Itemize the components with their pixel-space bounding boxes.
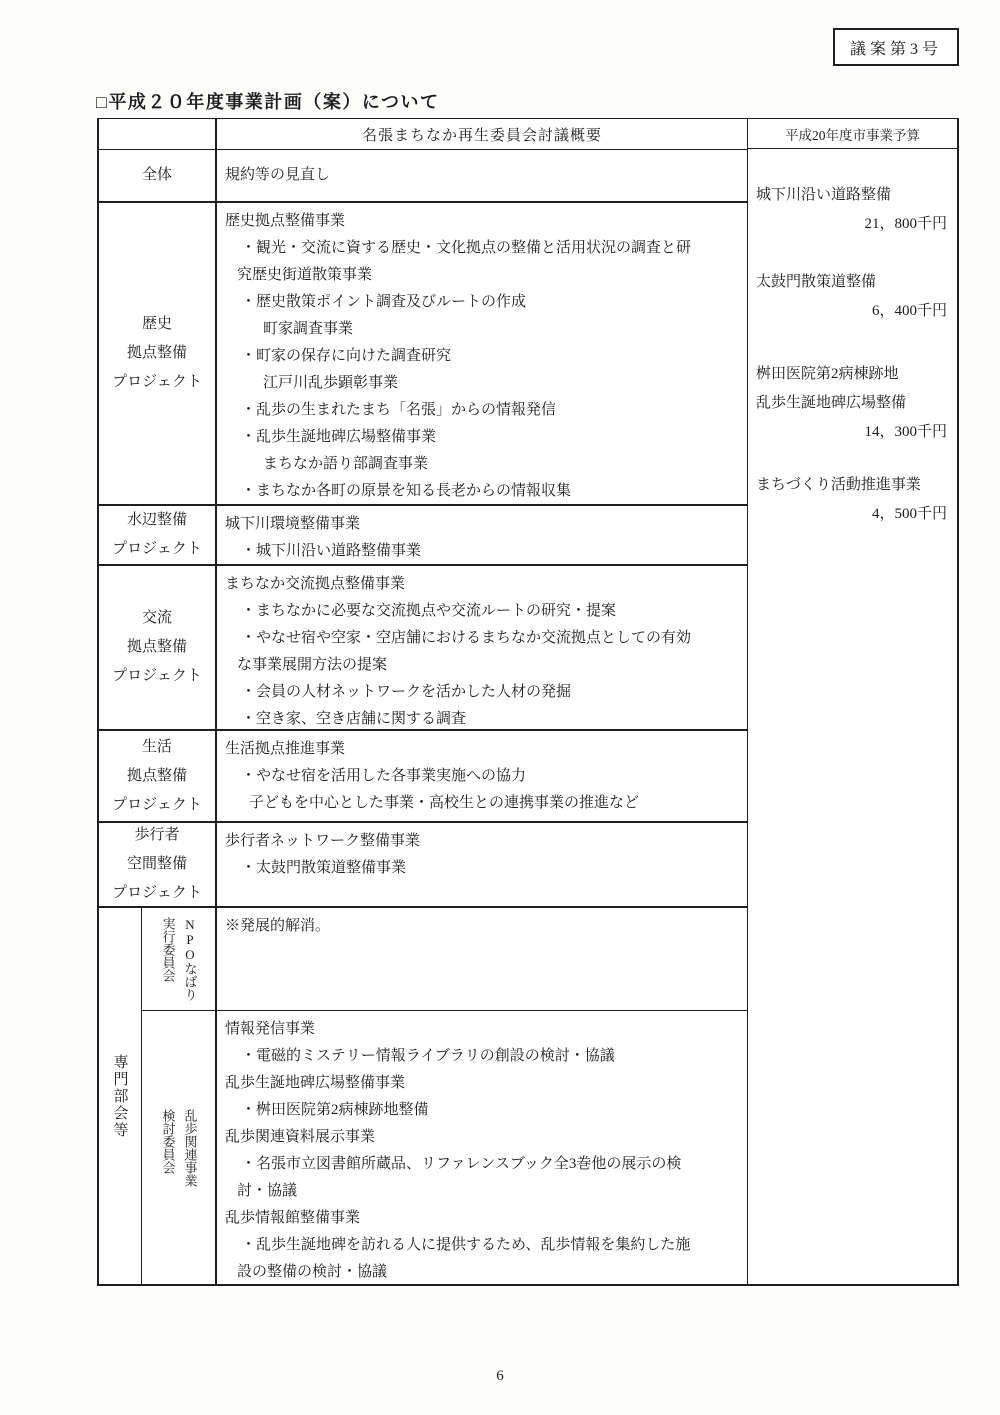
row-label-text: 歴史 [142,310,172,339]
kento-label-line: 乱歩関連事業 [179,1109,201,1187]
budget-item-label: 太鼓門散策道整備 [748,268,957,297]
content-line: ・名張市立図書館所蔵品、リファレンスブック全3巻他の展示の検 [217,1151,745,1178]
content-line: 規約等の見直し [217,162,747,189]
content-line: ※発展的解消。 [217,913,745,940]
content-line: ・乱歩生誕地碑広場整備事業 [217,424,747,451]
row-label-text: プロジェクト [112,535,202,564]
content-line: ・やなせ宿や空家・空店舗におけるまちなか交流拠点としての有効 [217,625,747,652]
row-label-rekishi: 歴史 拠点整備 プロジェクト [99,203,217,504]
budget-spacer [748,326,957,360]
page-number: 6 [0,1368,1000,1385]
row-label-text: プロジェクト [112,791,202,820]
content-line: 究歴史街道散策事業 [217,262,747,289]
content-line: ・空き家、空き店舗に関する調査 [217,706,747,729]
content-line: 生活拠点推進事業 [217,736,747,763]
npo-label-line: 実行委員会 [157,917,179,1001]
scanned-document-page: { "stamp": { "label": "議案第3号" }, "title"… [0,0,1000,1415]
npo-label-cell: NPOなばり 実行委員会 [142,908,217,1010]
content-line: ・町家の保存に向けた調査研究 [217,343,747,370]
bill-number-label: 議案第3号 [850,36,942,59]
row-rekishi: 歴史 拠点整備 プロジェクト 歴史拠点整備事業 ・観光・交流に資する歴史・文化拠… [99,201,747,504]
content-line: 子どもを中心とした事業・高校生との連携事業の推進など [217,790,747,817]
content-line: 乱歩情報館整備事業 [217,1205,745,1232]
budget-item-label: 乱歩生誕地碑広場整備 [748,389,957,418]
row-label-text: プロジェクト [112,368,202,397]
row-senmon-section: 専門部会等 NPOなばり 実行委員会 ※発展的解消。 [99,906,747,1284]
row-label-text: 生活 [142,733,172,762]
row-content-koryu: まちなか交流拠点整備事業 ・まちなかに必要な交流拠点や交流ルートの研究・提案 ・… [217,566,747,729]
content-line: ・まちなかに必要な交流拠点や交流ルートの研究・提案 [217,598,747,625]
row-content-mizube: 城下川環境整備事業 ・城下川沿い道路整備事業 [217,506,747,564]
npo-content: ※発展的解消。 [217,908,745,1010]
bill-number-stamp: 議案第3号 [833,28,959,66]
content-line: まちなか語り部調査事業 [217,451,747,478]
budget-item-label: まちづくり活動推進事業 [748,471,957,500]
row-label-text: 拠点整備 [127,339,187,368]
subrow-npo: NPOなばり 実行委員会 ※発展的解消。 [142,908,747,1010]
budget-item-amount: 4，500千円 [748,500,957,529]
content-line: ・乱歩の生まれたまち「名張」からの情報発信 [217,397,747,424]
content-line: 町家調査事業 [217,316,747,343]
row-content-hokosha: 歩行者ネットワーク整備事業 ・太鼓門散策道整備事業 [217,823,747,906]
npo-label-line: NPOなばり [179,917,201,1001]
row-label-text: 全体 [142,161,172,190]
content-line: ・やなせ宿を活用した各事業実施への協力 [217,763,747,790]
row-label-text: 歩行者 [134,821,179,850]
content-line: な事業展開方法の提案 [217,652,747,679]
row-label-seikatsu: 生活 拠点整備 プロジェクト [99,731,217,821]
budget-item-label: 桝田医院第2病棟跡地 [748,360,957,389]
content-line: 江戸川乱歩顕彰事業 [217,370,747,397]
content-line: ・まちなか各町の原景を知る長老からの情報収集 [217,478,747,504]
row-label-text: プロジェクト [112,662,202,691]
row-koryu: 交流 拠点整備 プロジェクト まちなか交流拠点整備事業 ・まちなかに必要な交流拠… [99,564,747,729]
content-line: 設の整備の検討・協議 [217,1259,745,1284]
content-line: ・城下川沿い道路整備事業 [217,538,747,564]
content-line: ・電磁的ミステリー情報ライブラリの創設の検討・協議 [217,1043,745,1070]
header-summary-cell: 名張まちなか再生委員会討議概要 [217,119,747,149]
kento-label-cell: 乱歩関連事業 検討委員会 [142,1011,217,1284]
page-title: □平成２０年度事業計画（案）について [96,88,440,114]
senmon-subrows: NPOなばり 実行委員会 ※発展的解消。 乱歩関連事業 検討委員会 [142,908,747,1284]
row-label-text: 拠点整備 [127,633,187,662]
content-line: ・歴史散策ポイント調査及びルートの作成 [217,289,747,316]
row-hokosha: 歩行者 空間整備 プロジェクト 歩行者ネットワーク整備事業 ・太鼓門散策道整備事… [99,821,747,906]
row-label-text: プロジェクト [112,879,202,906]
content-line: 情報発信事業 [217,1016,745,1043]
row-label-mizube: 水辺整備 プロジェクト [99,506,217,564]
content-line: 討・協議 [217,1178,745,1205]
kento-label-line: 検討委員会 [157,1109,179,1187]
content-line: 歩行者ネットワーク整備事業 [217,828,747,855]
row-seikatsu: 生活 拠点整備 プロジェクト 生活拠点推進事業 ・やなせ宿を活用した各事業実施へ… [99,729,747,821]
header-spacer-cell [99,119,217,149]
row-label-text: 水辺整備 [127,506,187,535]
row-label-text: 拠点整備 [127,762,187,791]
business-plan-table: 名張まちなか再生委員会討議概要 全体 規約等の見直し 歴史 拠点整備 プロジェク… [97,118,959,1286]
content-line: ・乱歩生誕地碑を訪れる人に提供するため、乱歩情報を集約した施 [217,1232,745,1259]
row-label-text: 空間整備 [127,850,187,879]
row-label-hokosha: 歩行者 空間整備 プロジェクト [99,823,217,906]
content-line: ・桝田医院第2病棟跡地整備 [217,1097,745,1124]
row-content-zentai: 規約等の見直し [217,150,747,201]
budget-item-label: 城下川沿い道路整備 [748,181,957,210]
row-mizube: 水辺整備 プロジェクト 城下川環境整備事業 ・城下川沿い道路整備事業 [99,504,747,564]
row-label-koryu: 交流 拠点整備 プロジェクト [99,566,217,729]
table-left-columns: 名張まちなか再生委員会討議概要 全体 規約等の見直し 歴史 拠点整備 プロジェク… [99,119,747,1284]
content-line: 歴史拠点整備事業 [217,208,747,235]
budget-spacer [748,447,957,471]
content-line: まちなか交流拠点整備事業 [217,571,747,598]
row-content-seikatsu: 生活拠点推進事業 ・やなせ宿を活用した各事業実施への協力 子どもを中心とした事業… [217,731,747,821]
budget-cell: 城下川沿い道路整備 21，800千円 太鼓門散策道整備 6，400千円 桝田医院… [748,149,957,1284]
budget-column: 平成20年度市事業予算 城下川沿い道路整備 21，800千円 太鼓門散策道整備 … [747,119,957,1284]
row-zentai: 全体 規約等の見直し [99,149,747,201]
content-line: ・太鼓門散策道整備事業 [217,855,747,882]
row-label-zentai: 全体 [99,150,217,201]
budget-item-amount: 6，400千円 [748,297,957,326]
content-line: 乱歩関連資料展示事業 [217,1124,745,1151]
budget-item-amount: 14，300千円 [748,418,957,447]
kento-content: 情報発信事業 ・電磁的ミステリー情報ライブラリの創設の検討・協議 乱歩生誕地碑広… [217,1011,745,1284]
content-line: ・会員の人材ネットワークを活かした人材の発掘 [217,679,747,706]
header-budget-cell: 平成20年度市事業予算 [748,119,957,149]
subrow-kento: 乱歩関連事業 検討委員会 情報発信事業 ・電磁的ミステリー情報ライブラリの創設の… [142,1010,747,1284]
budget-item-amount: 21，800千円 [748,210,957,239]
senmon-label-vertical-text: 専門部会等 [110,1054,131,1139]
row-content-rekishi: 歴史拠点整備事業 ・観光・交流に資する歴史・文化拠点の整備と活用状況の調査と研 … [217,203,747,504]
content-line: 城下川環境整備事業 [217,511,747,538]
budget-spacer [748,239,957,268]
kento-label-vertical-text: 乱歩関連事業 検討委員会 [157,1109,201,1187]
row-label-text: 交流 [142,604,172,633]
npo-label-vertical-text: NPOなばり 実行委員会 [157,917,201,1001]
table-header-row: 名張まちなか再生委員会討議概要 [99,119,747,149]
senmon-label-cell: 専門部会等 [99,908,142,1284]
content-line: ・観光・交流に資する歴史・文化拠点の整備と活用状況の調査と研 [217,235,747,262]
content-line: 乱歩生誕地碑広場整備事業 [217,1070,745,1097]
